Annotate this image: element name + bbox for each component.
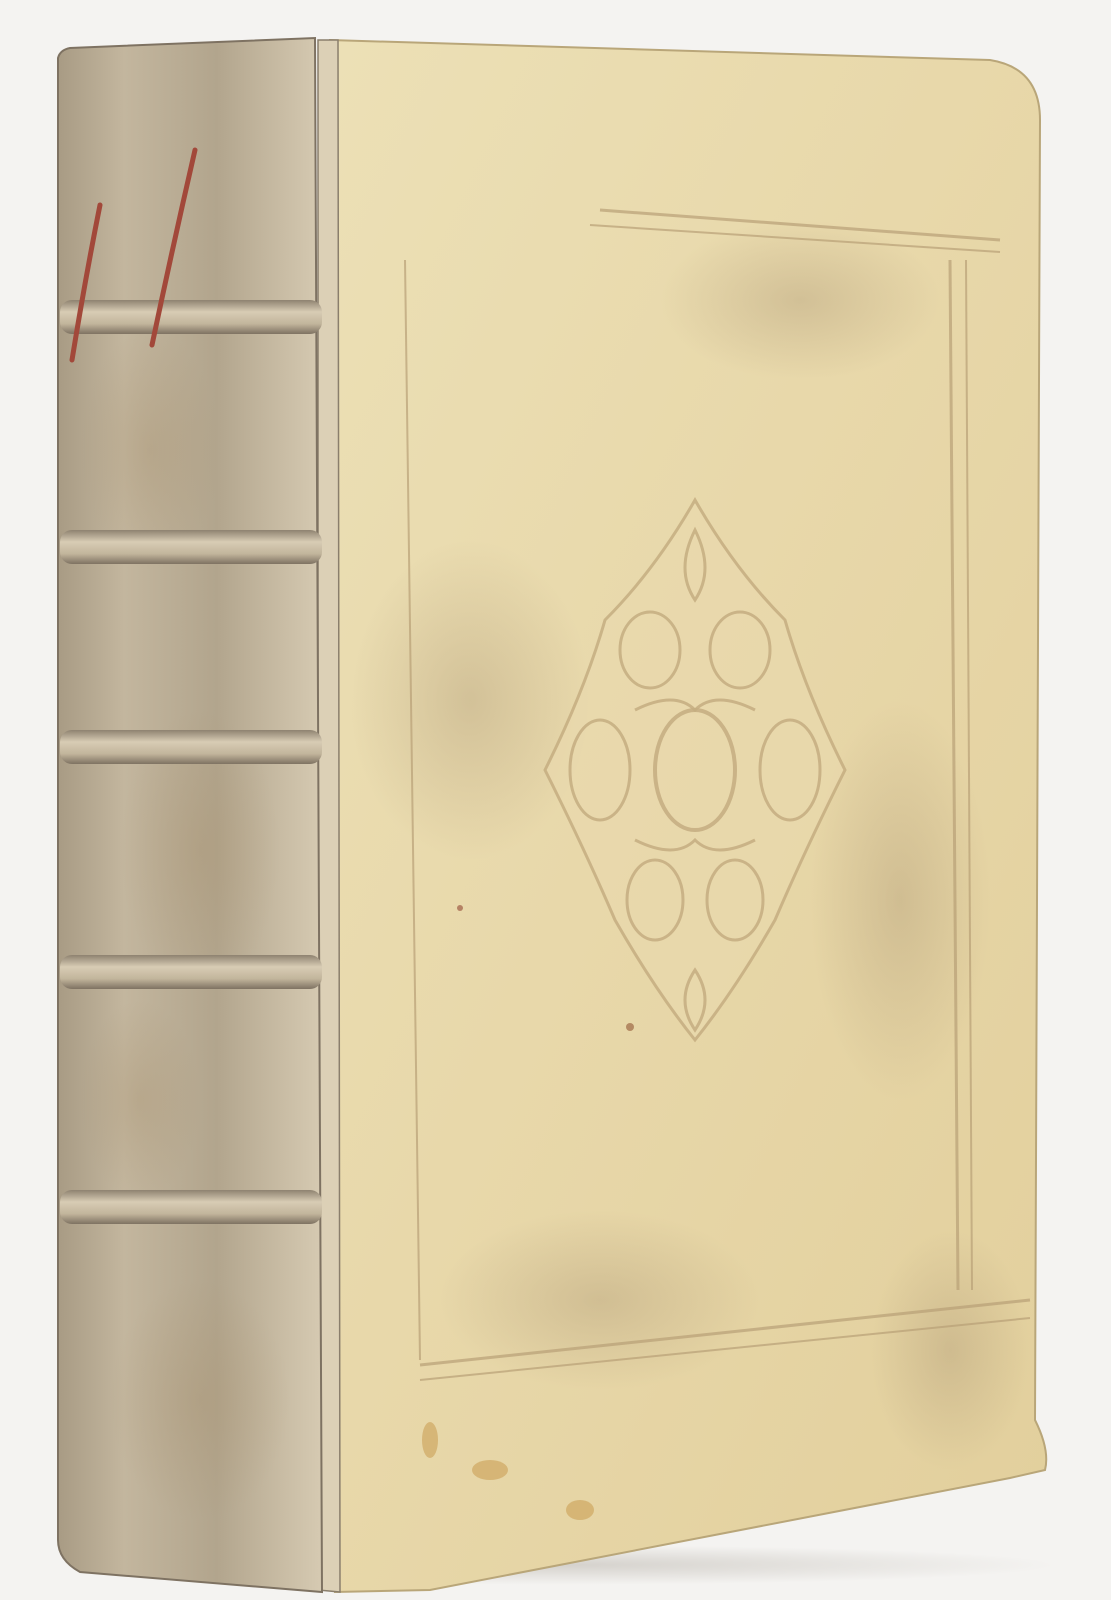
photo-scene: Antique book bound in limp vellum, front… bbox=[0, 0, 1111, 1600]
spine bbox=[58, 38, 322, 1592]
front-cover bbox=[330, 40, 1046, 1592]
vellum-book bbox=[0, 0, 1111, 1600]
